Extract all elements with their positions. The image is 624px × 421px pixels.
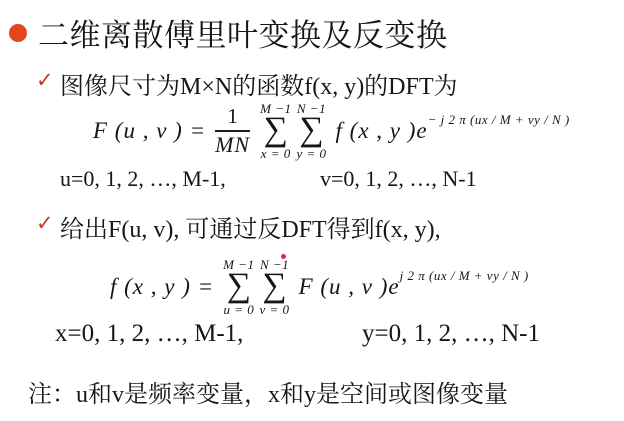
sigma-icon: ∑ (264, 115, 288, 147)
range-x: x=0, 1, 2, …, M-1, (55, 320, 243, 348)
check-icon-2: ✓ (36, 211, 54, 235)
dft-fraction-numerator: 1 (227, 106, 238, 130)
check-icon-1: ✓ (36, 68, 54, 92)
dft-formula: F (u , v ) = 1 MN M −1 ∑ x = 0 N −1 ∑ y … (93, 98, 570, 164)
dft-sum-x: M −1 ∑ x = 0 (260, 102, 291, 160)
range-y: y=0, 1, 2, …, N-1 (362, 320, 540, 348)
dft-lhs: F (u , v ) = (93, 118, 206, 144)
dft-exponent: − j 2 π (ux / M + vy / N ) (428, 112, 570, 128)
idft-sum-u-lower-limit: u = 0 (223, 303, 254, 316)
sigma-icon: ∑ (262, 271, 286, 303)
sigma-icon: ∑ (227, 271, 251, 303)
dft-sum-y: N −1 ∑ y = 0 (296, 102, 326, 160)
dft-sum-x-lower-limit: x = 0 (261, 147, 291, 160)
idft-sum-u: M −1 ∑ u = 0 (223, 258, 254, 316)
item1-text: 图像尺寸为M×N的函数f(x, y)的DFT为 (60, 66, 458, 101)
slide: 二维离散傅里叶变换及反变换 ✓ 图像尺寸为M×N的函数f(x, y)的DFT为 … (0, 0, 624, 421)
bullet-icon (9, 24, 27, 42)
item2-text: 给出F(u, v), 可通过反DFT得到f(x, y), (60, 209, 441, 244)
idft-sum-v-lower-limit: v = 0 (260, 303, 290, 316)
red-dot-annotation (281, 254, 286, 259)
page-title: 二维离散傅里叶变换及反变换 (38, 10, 448, 55)
idft-lhs: f (x , y ) = (110, 274, 214, 300)
sigma-icon: ∑ (299, 115, 323, 147)
idft-body: F (u , v )e (299, 274, 400, 300)
dft-body: f (x , y )e (336, 118, 428, 144)
idft-formula: f (x , y ) = M −1 ∑ u = 0 N −1 ∑ v = 0 F… (110, 254, 529, 320)
idft-exponent: j 2 π (ux / M + vy / N ) (400, 268, 529, 284)
range-u: u=0, 1, 2, …, M-1, (60, 166, 226, 192)
idft-sum-v: N −1 ∑ v = 0 (260, 258, 290, 316)
dft-fraction: 1 MN (215, 106, 250, 156)
range-v: v=0, 1, 2, …, N-1 (320, 166, 477, 192)
note-text: 注：u和v是频率变量，x和y是空间或图像变量 (28, 374, 508, 409)
dft-sum-y-lower-limit: y = 0 (296, 147, 326, 160)
dft-fraction-denominator: MN (215, 132, 250, 156)
